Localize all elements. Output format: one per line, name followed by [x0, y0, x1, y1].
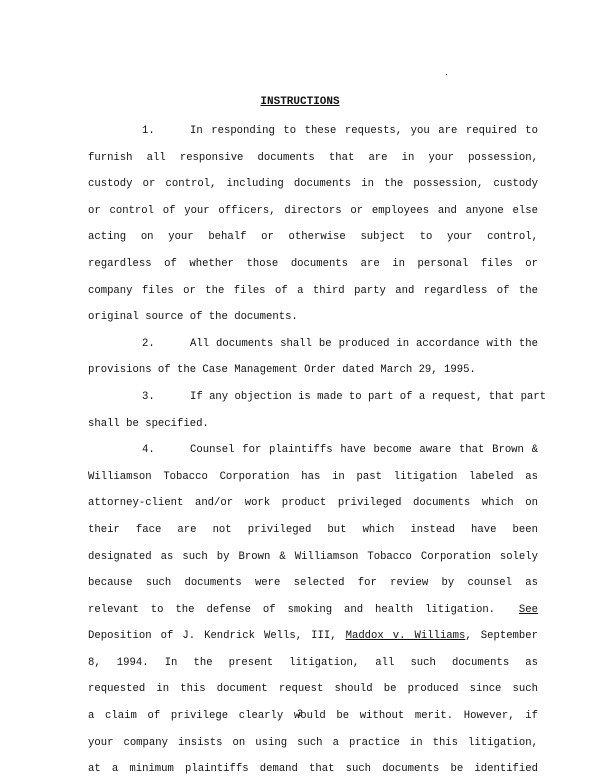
paragraph-line: at a minimum plaintiffs demand that such… [88, 756, 538, 777]
paragraph-line: or control of your officers, directors o… [88, 198, 538, 225]
paragraph-4: 4.Counsel for plaintiffs have become awa… [88, 437, 538, 777]
paragraph-number: 2. [142, 331, 190, 358]
paragraph-2: 2.All documents shall be produced in acc… [88, 331, 538, 384]
paragraph-number: 4. [142, 437, 190, 464]
paragraph-line: your company insists on using such a pra… [88, 730, 538, 757]
paragraph-line: relevant to the defense of smoking and h… [88, 597, 538, 624]
document-page: INSTRUCTIONS 1.In responding to these re… [0, 0, 600, 777]
paragraph-3: 3.If any objection is made to part of a … [88, 384, 538, 437]
paragraph-line: designated as such by Brown & Williamson… [88, 544, 538, 571]
document-body: 1.In responding to these requests, you a… [88, 118, 538, 777]
paragraph-line: 8, 1994. In the present litigation, all … [88, 650, 538, 677]
paragraph-line: shall be specified. [88, 411, 538, 438]
paragraph-line: attorney-client and/or work product priv… [88, 490, 538, 517]
paragraph-line: their face are not privileged but which … [88, 517, 538, 544]
paragraph-line: requested in this document request shoul… [88, 676, 538, 703]
section-title: INSTRUCTIONS [0, 96, 600, 108]
paragraph-line: Williamson Tobacco Corporation has in pa… [88, 464, 538, 491]
paragraph-line: Deposition of J. Kendrick Wells, III, Ma… [88, 623, 538, 650]
paragraph-line: because such documents were selected for… [88, 570, 538, 597]
scan-speck [446, 74, 447, 75]
paragraph-line: custody or control, including documents … [88, 171, 538, 198]
paragraph-line: 3.If any objection is made to part of a … [88, 384, 538, 411]
paragraph-line: 2.All documents shall be produced in acc… [88, 331, 538, 358]
paragraph-line: provisions of the Case Management Order … [88, 357, 538, 384]
paragraph-1: 1.In responding to these requests, you a… [88, 118, 538, 331]
paragraph-number: 3. [142, 384, 190, 411]
paragraph-line: acting on your behalf or otherwise subje… [88, 224, 538, 251]
paragraph-number: 1. [142, 118, 190, 145]
paragraph-line: 1.In responding to these requests, you a… [88, 118, 538, 145]
page-number: 2 [0, 709, 600, 720]
paragraph-line: furnish all responsive documents that ar… [88, 145, 538, 172]
paragraph-line: original source of the documents. [88, 304, 538, 331]
paragraph-line: regardless of whether those documents ar… [88, 251, 538, 278]
paragraph-line: 4.Counsel for plaintiffs have become awa… [88, 437, 538, 464]
case-citation: Maddox v. Williams [346, 630, 466, 642]
see-signal: See [519, 604, 538, 616]
paragraph-line: company files or the files of a third pa… [88, 278, 538, 305]
